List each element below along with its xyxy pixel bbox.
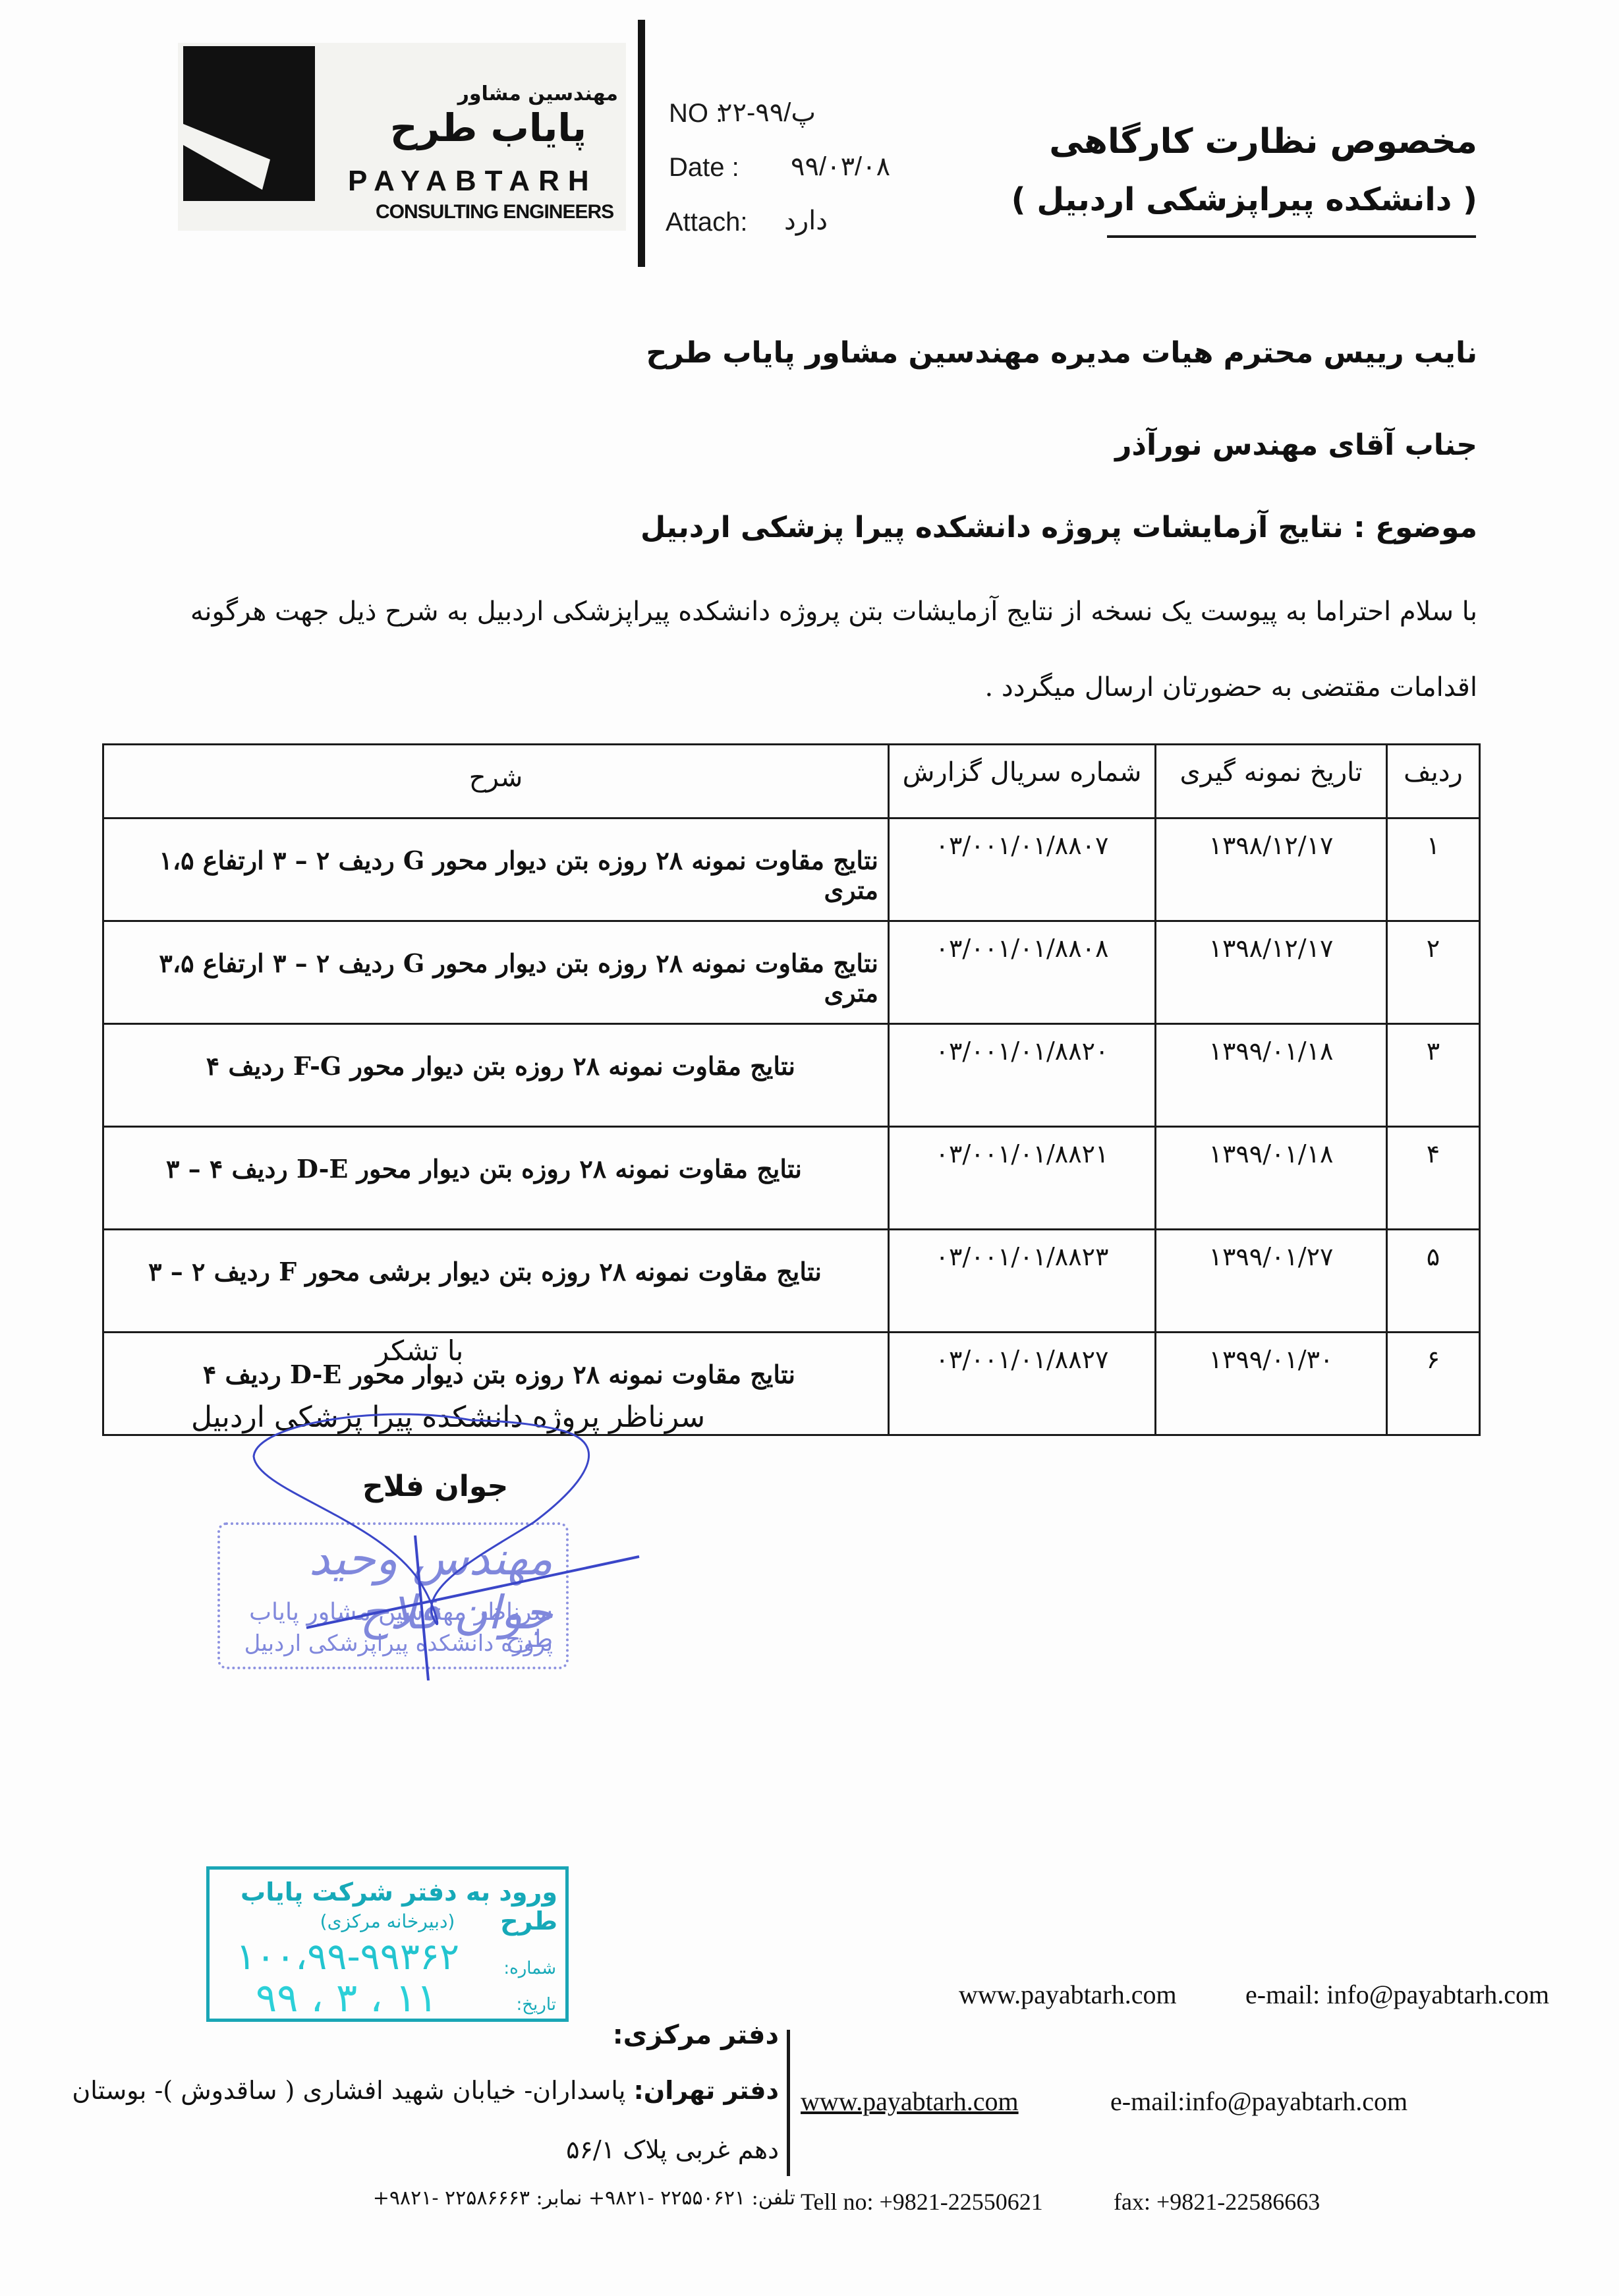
body-paragraph-line-2: اقدامات مقتضی به حضورتان ارسال میگردد . bbox=[984, 672, 1477, 703]
body-paragraph-line-1: با سلام احتراما به پیوست یک نسخه از نتای… bbox=[190, 596, 1477, 627]
table-row: ۴ ۱۳۹۹/۰۱/۱۸ ۰۳/۰۰۱/۰۱/۸۸۲۱ نتایج مقاوت … bbox=[103, 1127, 1480, 1230]
logo-persian-subtitle: مهندسین مشاور bbox=[458, 82, 618, 105]
footer-fax: fax: +9821-22586663 bbox=[1114, 2188, 1320, 2216]
table-row: ۵ ۱۳۹۹/۰۱/۲۷ ۰۳/۰۰۱/۰۱/۸۸۲۳ نتایج مقاوت … bbox=[103, 1230, 1480, 1333]
cell-row-number: ۲ bbox=[1387, 921, 1480, 1024]
cell-row-number: ۱ bbox=[1387, 818, 1480, 921]
column-header-report-serial: شماره سریال گزارش bbox=[889, 745, 1156, 818]
cell-sampling-date: ۱۳۹۸/۱۲/۱۷ bbox=[1156, 818, 1387, 921]
cell-report-serial: ۰۳/۰۰۱/۰۱/۸۸۲۳ bbox=[889, 1230, 1156, 1333]
cell-sampling-date: ۱۳۹۹/۰۱/۲۷ bbox=[1156, 1230, 1387, 1333]
footer-telephone: Tell no: +9821-22550621 bbox=[801, 2188, 1043, 2216]
cell-description: نتایج مقاوت نمونه ۲۸ روزه بتن دیوار محور… bbox=[103, 1024, 889, 1127]
recipient-name: جناب آقای مهندس نورآذر bbox=[1115, 428, 1477, 462]
logo-mark-icon bbox=[183, 46, 315, 201]
handwritten-signature-icon bbox=[217, 1404, 666, 1680]
cell-description: نتایج مقاوت نمونه ۲۸ روزه بتن دیوار محور… bbox=[103, 921, 889, 1024]
cell-report-serial: ۰۳/۰۰۱/۰۱/۸۸۰۸ bbox=[889, 921, 1156, 1024]
cell-row-number: ۵ bbox=[1387, 1230, 1480, 1333]
document-title: مخصوص نظارت کارگاهی bbox=[1049, 122, 1477, 161]
subject-line: موضوع : نتایج آزمایشات پروژه دانشکده پیر… bbox=[640, 511, 1477, 544]
cell-description: نتایج مقاوت نمونه ۲۸ روزه بتن دیوار برشی… bbox=[103, 1230, 889, 1333]
footer-head-office-label: دفتر مرکزی: bbox=[613, 2020, 779, 2050]
cell-description: نتایج مقاوت نمونه ۲۸ روزه بتن دیوار محور… bbox=[103, 1127, 889, 1230]
footer-tehran-label: دفتر تهران: bbox=[634, 2076, 779, 2105]
company-logo: مهندسین مشاور پایاب طرح PAYABTARH CONSUL… bbox=[178, 43, 626, 231]
logo-english-subtitle: CONSULTING ENGINEERS bbox=[376, 201, 613, 223]
logo-english-name: PAYABTARH bbox=[348, 165, 598, 198]
document-subtitle: ( دانشکده پیراپزشکی اردبیل ) bbox=[1011, 181, 1477, 218]
table-row: ۱ ۱۳۹۸/۱۲/۱۷ ۰۳/۰۰۱/۰۱/۸۸۰۷ نتایج مقاوت … bbox=[103, 818, 1480, 921]
cell-report-serial: ۰۳/۰۰۱/۰۱/۸۸۲۷ bbox=[889, 1333, 1156, 1435]
receipt-number-value: ۱۰۰،۹۹-۹۹۳۶۲ bbox=[236, 1936, 459, 1978]
cell-description: نتایج مقاوت نمونه ۲۸ روزه بتن دیوار محور… bbox=[103, 818, 889, 921]
header-divider bbox=[638, 20, 645, 267]
cell-row-number: ۶ bbox=[1387, 1333, 1480, 1435]
column-header-sampling-date: تاریخ نمونه گیری bbox=[1156, 745, 1387, 818]
letter-number-label: NO : bbox=[669, 99, 723, 129]
footer-email-top[interactable]: e-mail: info@payabtarh.com bbox=[1245, 1979, 1549, 2010]
letter-date-value: ۹۹/۰۳/۰۸ bbox=[791, 152, 890, 182]
cell-report-serial: ۰۳/۰۰۱/۰۱/۸۸۰۷ bbox=[889, 818, 1156, 921]
footer-tehran-address-text: پاسداران- خیابان شهید افشاری ( ساقدوش )-… bbox=[72, 2076, 633, 2105]
receipt-date-value: ۹۹ ، ۳ ، ۱۱ bbox=[256, 1975, 438, 2021]
table-row: ۳ ۱۳۹۹/۰۱/۱۸ ۰۳/۰۰۱/۰۱/۸۸۲۰ نتایج مقاوت … bbox=[103, 1024, 1480, 1127]
column-header-description: شرح bbox=[103, 745, 889, 818]
attachment-label: Attach: bbox=[666, 208, 748, 237]
cell-sampling-date: ۱۳۹۹/۰۱/۱۸ bbox=[1156, 1127, 1387, 1230]
logo-persian-name: پایاب طرح bbox=[390, 105, 586, 150]
receipt-stamp: ورود به دفتر شرکت پایاب طرح (دبیرخانه مر… bbox=[206, 1866, 569, 2022]
receipt-stamp-subtitle: (دبیرخانه مرکزی) bbox=[210, 1910, 565, 1932]
footer-tehran-address-line-2: دهم غربی پلاک ۵۶/۱ bbox=[566, 2135, 779, 2164]
footer-phone-persian: تلفن: ۲۲۵۵۰۶۲۱ -۹۸۲۱+ نمابر: ۲۲۵۸۶۶۶۳ -۹… bbox=[373, 2187, 795, 2210]
letter-date-label: Date : bbox=[669, 153, 739, 183]
test-results-table: ردیف تاریخ نمونه گیری شماره سریال گزارش … bbox=[102, 743, 1481, 1436]
attachment-value: دارد bbox=[784, 206, 828, 236]
footer-divider bbox=[787, 2030, 790, 2176]
footer-email[interactable]: e-mail:info@payabtarh.com bbox=[1110, 2086, 1407, 2117]
cell-report-serial: ۰۳/۰۰۱/۰۱/۸۸۲۰ bbox=[889, 1024, 1156, 1127]
footer-tehran-address: دفتر تهران: پاسداران- خیابان شهید افشاری… bbox=[72, 2076, 779, 2105]
letter-number-value: پ/۹۹-۲۲ bbox=[718, 98, 816, 128]
recipient: نایب رییس محترم هیات مدیره مهندسین مشاور… bbox=[646, 336, 1478, 370]
cell-report-serial: ۰۳/۰۰۱/۰۱/۸۸۲۱ bbox=[889, 1127, 1156, 1230]
receipt-date-label: تاریخ: bbox=[517, 1995, 557, 2015]
closing-thanks: با تشکر bbox=[376, 1335, 463, 1367]
footer-website-top[interactable]: www.payabtarh.com bbox=[959, 1979, 1177, 2010]
table-row: ۲ ۱۳۹۸/۱۲/۱۷ ۰۳/۰۰۱/۰۱/۸۸۰۸ نتایج مقاوت … bbox=[103, 921, 1480, 1024]
footer-website-link[interactable]: www.payabtarh.com bbox=[801, 2086, 1019, 2117]
cell-sampling-date: ۱۳۹۸/۱۲/۱۷ bbox=[1156, 921, 1387, 1024]
cell-row-number: ۴ bbox=[1387, 1127, 1480, 1230]
table-header-row: ردیف تاریخ نمونه گیری شماره سریال گزارش … bbox=[103, 745, 1480, 818]
cell-sampling-date: ۱۳۹۹/۰۱/۱۸ bbox=[1156, 1024, 1387, 1127]
receipt-number-label: شماره: bbox=[503, 1959, 556, 1978]
cell-sampling-date: ۱۳۹۹/۰۱/۳۰ bbox=[1156, 1333, 1387, 1435]
column-header-row-number: ردیف bbox=[1387, 745, 1480, 818]
subtitle-underline bbox=[1107, 235, 1476, 238]
cell-row-number: ۳ bbox=[1387, 1024, 1480, 1127]
